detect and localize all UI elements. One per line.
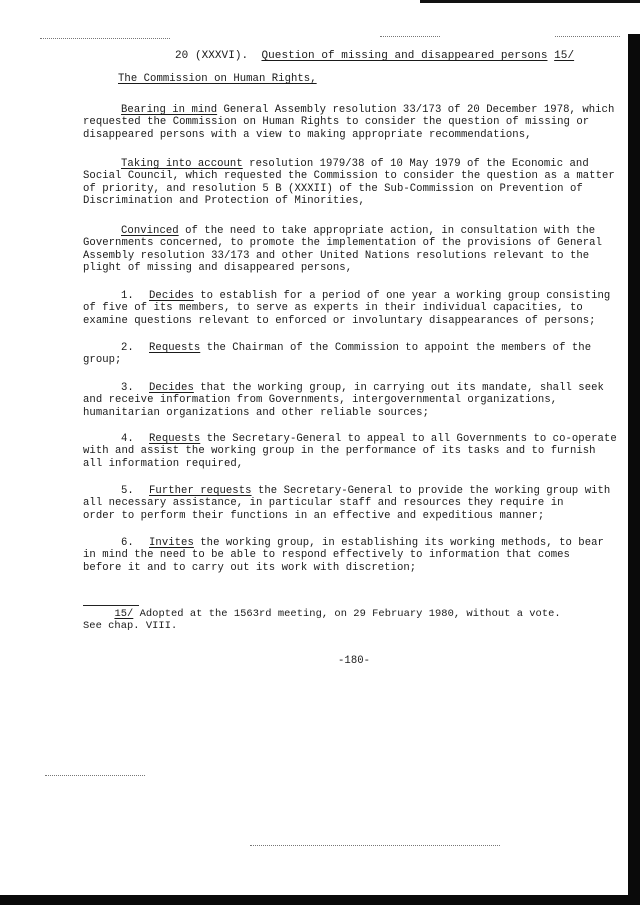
paragraph-number: 5. bbox=[121, 485, 149, 497]
paragraph-lead: Requests bbox=[149, 433, 200, 445]
operative-paragraph: 6.Invites the working group, in establis… bbox=[83, 537, 623, 574]
operative-paragraph: 4.Requests the Secretary-General to appe… bbox=[83, 433, 623, 470]
paragraph-number: 3. bbox=[121, 382, 149, 394]
footnote-see-reference: See chap. VIII. bbox=[83, 620, 177, 632]
operative-paragraph: 5.Further requests the Secretary-General… bbox=[83, 485, 623, 522]
footnote-reference: 15/ bbox=[554, 50, 574, 62]
operative-paragraph: 1.Decides to establish for a period of o… bbox=[83, 290, 623, 327]
resolution-number: 20 (XXXVI). bbox=[175, 50, 248, 62]
paragraph-number: 4. bbox=[121, 433, 149, 445]
paragraph-lead: Invites bbox=[149, 537, 194, 549]
resolution-title: Question of missing and disappeared pers… bbox=[261, 50, 547, 62]
paragraph-lead: Decides bbox=[149, 382, 194, 394]
footnote-divider bbox=[83, 605, 139, 606]
page-number: -180- bbox=[338, 655, 370, 667]
preamble-paragraph: Convinced of the need to take appropriat… bbox=[83, 225, 623, 275]
scan-noise bbox=[45, 775, 145, 777]
paragraph-lead: Decides bbox=[149, 290, 194, 302]
paragraph-lead: Bearing in mind bbox=[121, 104, 217, 116]
preamble-paragraph: Bearing in mind General Assembly resolut… bbox=[83, 104, 623, 141]
paragraph-lead: Taking into account bbox=[121, 158, 243, 170]
resolution-heading: 20 (XXXVI). Question of missing and disa… bbox=[175, 50, 574, 62]
footnote-marker: 15/ bbox=[114, 608, 133, 620]
scan-border-top bbox=[420, 0, 640, 3]
preamble-subject: The Commission on Human Rights, bbox=[118, 73, 317, 85]
paragraph-number: 2. bbox=[121, 342, 149, 354]
paragraph-lead: Convinced bbox=[121, 225, 179, 237]
scan-border-bottom bbox=[0, 895, 640, 905]
scan-noise bbox=[555, 36, 620, 38]
paragraph-number: 6. bbox=[121, 537, 149, 549]
scanned-document-page: 20 (XXXVI). Question of missing and disa… bbox=[0, 0, 640, 905]
preamble-paragraph: Taking into account resolution 1979/38 o… bbox=[83, 158, 623, 208]
footnote: 15/ Adopted at the 1563rd meeting, on 29… bbox=[83, 608, 561, 633]
scan-border-right bbox=[628, 34, 640, 905]
operative-paragraph: 3.Decides that the working group, in car… bbox=[83, 382, 623, 419]
paragraph-lead: Further requests bbox=[149, 485, 252, 497]
footnote-text: Adopted at the 1563rd meeting, on 29 Feb… bbox=[133, 608, 560, 620]
paragraph-lead: Requests bbox=[149, 342, 200, 354]
paragraph-number: 1. bbox=[121, 290, 149, 302]
operative-paragraph: 2.Requests the Chairman of the Commissio… bbox=[83, 342, 623, 367]
scan-noise bbox=[380, 36, 440, 38]
scan-noise bbox=[250, 845, 500, 847]
scan-noise bbox=[40, 38, 170, 40]
